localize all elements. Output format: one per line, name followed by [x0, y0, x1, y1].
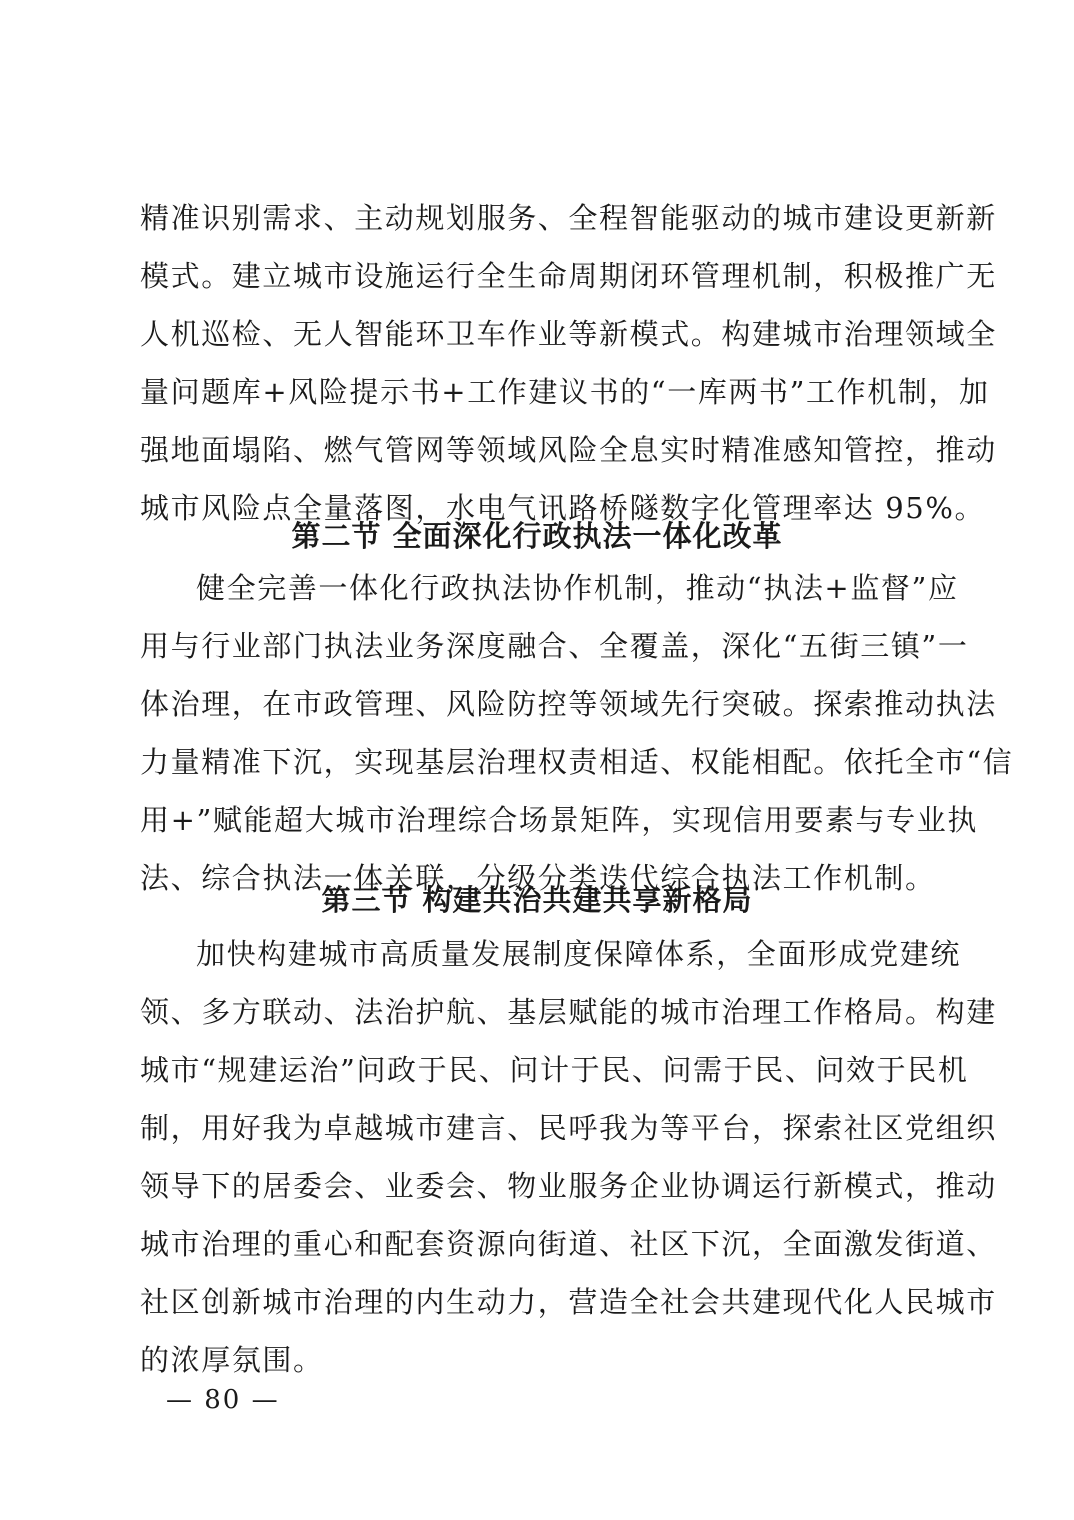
paragraph-line: 健全完善一体化行政执法协作机制，推动“执法+监督”应	[196, 568, 940, 608]
document-page: 精准识别需求、主动规划服务、全程智能驱动的城市建设更新新 模式。建立城市设施运行…	[0, 0, 1074, 1520]
page-number: — 80 —	[166, 1382, 280, 1418]
paragraph-line: 模式。建立城市设施运行全生命周期闭环管理机制，积极推广无	[140, 256, 940, 296]
paragraph-line: 城市“规建运治”问政于民、问计于民、问需于民、问效于民机	[140, 1050, 940, 1090]
paragraph-line: 用+”赋能超大城市治理综合场景矩阵，实现信用要素与专业执	[140, 800, 940, 840]
paragraph-line: 精准识别需求、主动规划服务、全程智能驱动的城市建设更新新	[140, 198, 940, 238]
paragraph-line: 社区创新城市治理的内生动力，营造全社会共建现代化人民城市	[140, 1282, 940, 1322]
paragraph-line: 力量精准下沉，实现基层治理权责相适、权能相配。依托全市“信	[140, 742, 940, 782]
paragraph-line: 领、多方联动、法治护航、基层赋能的城市治理工作格局。构建	[140, 992, 940, 1032]
paragraph-line: 领导下的居委会、业委会、物业服务企业协调运行新模式，推动	[140, 1166, 940, 1206]
paragraph-line: 体治理，在市政管理、风险防控等领域先行突破。探索推动执法	[140, 684, 940, 724]
paragraph-line: 强地面塌陷、燃气管网等领域风险全息实时精准感知管控，推动	[140, 430, 940, 470]
paragraph-line: 城市治理的重心和配套资源向街道、社区下沉，全面激发街道、	[140, 1224, 940, 1264]
paragraph-line: 人机巡检、无人智能环卫车作业等新模式。构建城市治理领域全	[140, 314, 940, 354]
paragraph-line: 制，用好我为卓越城市建言、民呼我为等平台，探索社区党组织	[140, 1108, 940, 1148]
paragraph-line: 用与行业部门执法业务深度融合、全覆盖，深化“五街三镇”一	[140, 626, 940, 666]
section-heading: 第三节 构建共治共建共享新格局	[0, 880, 1074, 920]
section-heading: 第二节 全面深化行政执法一体化改革	[0, 516, 1074, 556]
paragraph-line: 的浓厚氛围。	[140, 1340, 940, 1380]
paragraph-line: 加快构建城市高质量发展制度保障体系，全面形成党建统	[196, 934, 940, 974]
paragraph-line: 量问题库+风险提示书+工作建议书的“一库两书”工作机制，加	[140, 372, 940, 412]
